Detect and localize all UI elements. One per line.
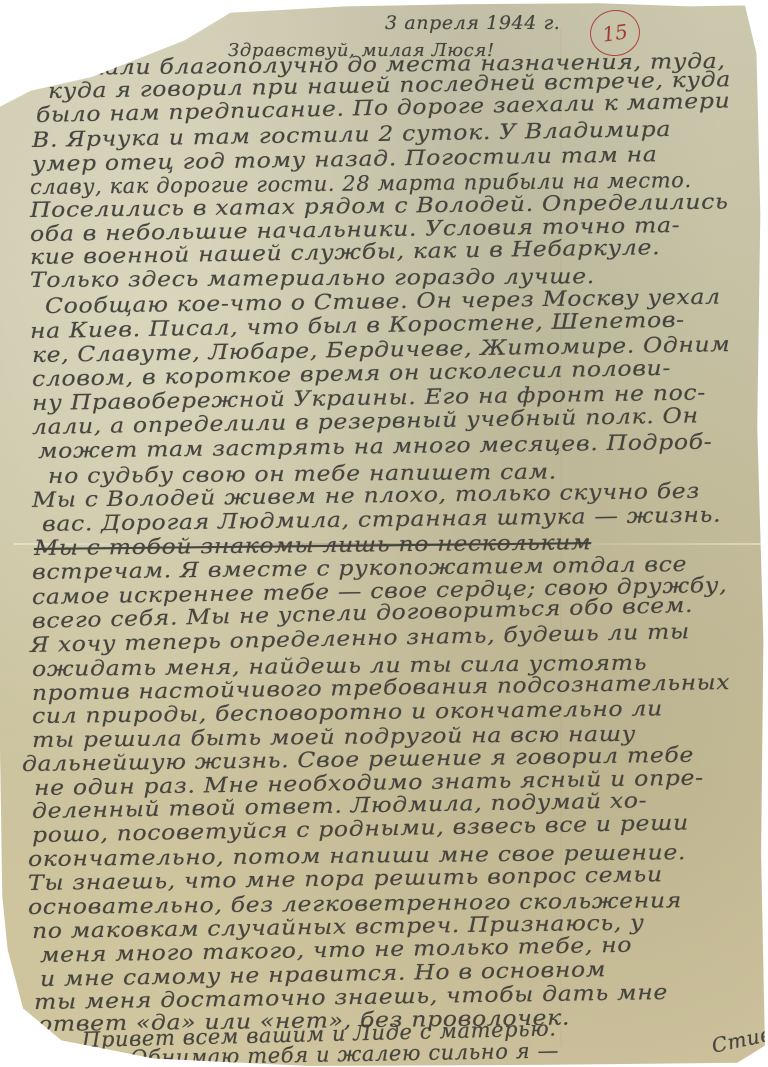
letter-date: 3 апреля 1944 г.: [385, 14, 560, 33]
page-number: 15: [601, 19, 630, 46]
letter-line: Обнимаю тебя и жалею сильно я —: [130, 1041, 560, 1067]
letter-page: 3 апреля 1944 г. 15 Здравствуй, милая Лю…: [0, 0, 768, 1067]
letter-signature: Стив: [710, 1023, 768, 1055]
